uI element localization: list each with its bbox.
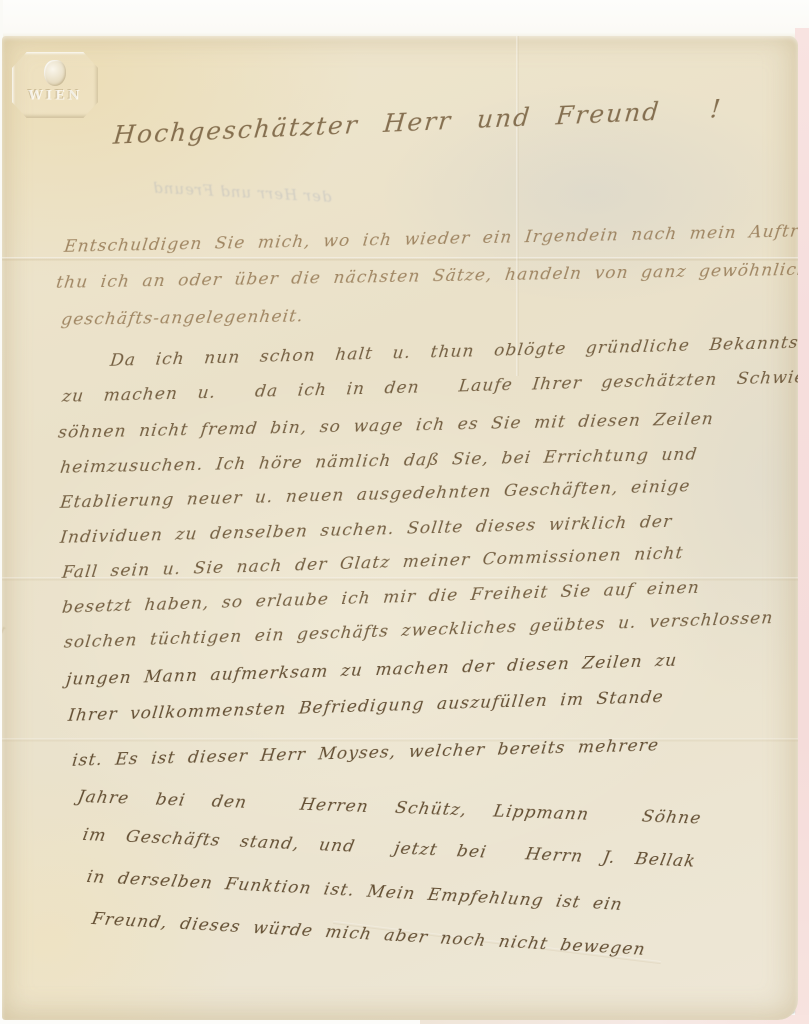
handwritten-line: Entschuldigen Sie mich, wo ich wieder ei… [63,221,798,257]
salutation-line: Hochgeschätzter Herr und Freund ! [112,94,724,150]
handwritten-line: Etablierung neuer u. neuen ausgedehnten … [59,476,692,513]
handwritten-line: Ihrer vollkommensten Befriedigung auszuf… [67,687,665,726]
handwritten-line: Freund, dieses würde mich aber noch nich… [90,909,647,960]
handwritten-line: Da ich nun schon halt u. thun oblögte gr… [109,332,798,371]
handwritten-line: thu ich an oder über die nächsten Sätze,… [55,259,798,293]
embossed-stamp-crest [44,60,66,86]
bleedthrough-text: Schwiegersöhne und [2,756,4,850]
embossed-stamp: WIEN [12,52,98,118]
handwritten-line: geschäfts-angelegenheit. [60,307,305,330]
handwritten-line: in derselben Funktion ist. Mein Empfehlu… [85,867,625,915]
scanned-letter: WIEN und bei den Herren mit dem Geschäft… [0,0,809,1024]
handwritten-line: zu machen u. da ich in den Laufe Ihrer g… [61,366,798,407]
letter-page: WIEN und bei den Herren mit dem Geschäft… [2,36,798,1020]
handwritten-line: Fall sein u. Sie nach der Glatz meiner C… [61,543,685,583]
handwritten-line: solchen tüchtigen ein geschäfts zwecklic… [63,608,774,653]
scan-background-top [0,0,809,38]
fold-crease [2,257,798,261]
fold-crease [516,36,519,376]
bleedthrough-text: der Herr und Freund [152,179,332,206]
bleedthrough-text: und die Herren [2,549,10,639]
handwritten-line: jungen Mann aufmerksam zu machen der die… [65,651,678,690]
bleedthrough-text: mit dem Geschäfte [2,271,6,371]
handwritten-line: ist. Es ist dieser Herr Moyses, welcher … [71,736,660,771]
embossed-stamp-text: WIEN [12,88,98,103]
handwritten-line: heimzusuchen. Ich höre nämlich daß Sie, … [59,445,699,478]
handwritten-line: Individuen zu denselben suchen. Sollte d… [59,512,673,548]
handwritten-line: söhnen nicht fremd bin, so wage ich es S… [57,409,715,443]
handwritten-line: Jahre bei den Herren Schütz, Lippmann Sö… [76,787,703,829]
handwritten-line: besetzt haben, so erlaube ich mir die Fr… [61,578,701,618]
handwritten-line: im Geschäfts stand, und jetzt bei Herrn … [81,825,698,872]
